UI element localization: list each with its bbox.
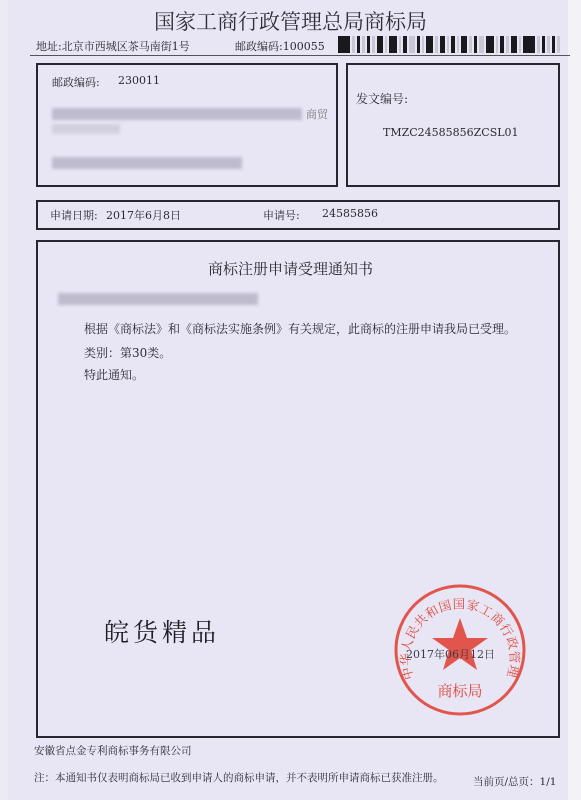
header-divider xyxy=(30,55,570,56)
address-suffix: 商贸 xyxy=(306,106,328,122)
barcode-icon xyxy=(338,36,570,53)
notice-line-2: 类别：第30类。 xyxy=(84,344,171,361)
footer-note: 注：本通知书仅表明商标局已收到申请人的商标申请，并不表明所申请商标已获准注册。 xyxy=(34,770,444,785)
redacted-recipient-name xyxy=(52,157,242,169)
notice-title: 商标注册申请受理通知书 xyxy=(0,258,581,279)
dispatch-number: TMZC24585856ZCSL01 xyxy=(383,126,519,139)
svg-text:商标局: 商标局 xyxy=(437,682,482,700)
issuer-address: 地址:北京市西城区茶马南街1号 xyxy=(36,38,190,54)
issuer-postcode: 邮政编码:100055 xyxy=(235,38,325,54)
dispatch-box xyxy=(346,63,560,187)
star-icon xyxy=(432,618,488,670)
application-number-label: 申请号: xyxy=(263,207,300,223)
redacted-address-line2 xyxy=(52,124,120,134)
redacted-address-line1 xyxy=(52,108,302,120)
dispatch-label: 发文编号: xyxy=(356,90,408,107)
notice-line-1: 根据《商标法》和《商标法实施条例》有关规定，此商标的注册申请我局已受理。 xyxy=(84,320,516,337)
page-indicator: 当前页/总页：1/1 xyxy=(473,774,556,789)
trademark-name: 皖货精品 xyxy=(104,613,220,649)
issuer-title: 国家工商行政管理总局商标局 xyxy=(0,6,581,36)
application-date-label: 申请日期: xyxy=(50,207,98,223)
recipient-postcode-value: 230011 xyxy=(118,74,160,87)
notice-line-3: 特此通知。 xyxy=(84,366,144,383)
paper-edge xyxy=(568,0,581,800)
recipient-postcode-label: 邮政编码: xyxy=(52,74,100,90)
stamp-date: 2017年06月12日 xyxy=(406,646,495,662)
agency-name: 安徽省点金专利商标事务有限公司 xyxy=(34,743,192,758)
application-date-value: 2017年6月8日 xyxy=(106,207,181,223)
application-number-value: 24585856 xyxy=(322,207,378,220)
redacted-applicant-name xyxy=(58,293,258,305)
